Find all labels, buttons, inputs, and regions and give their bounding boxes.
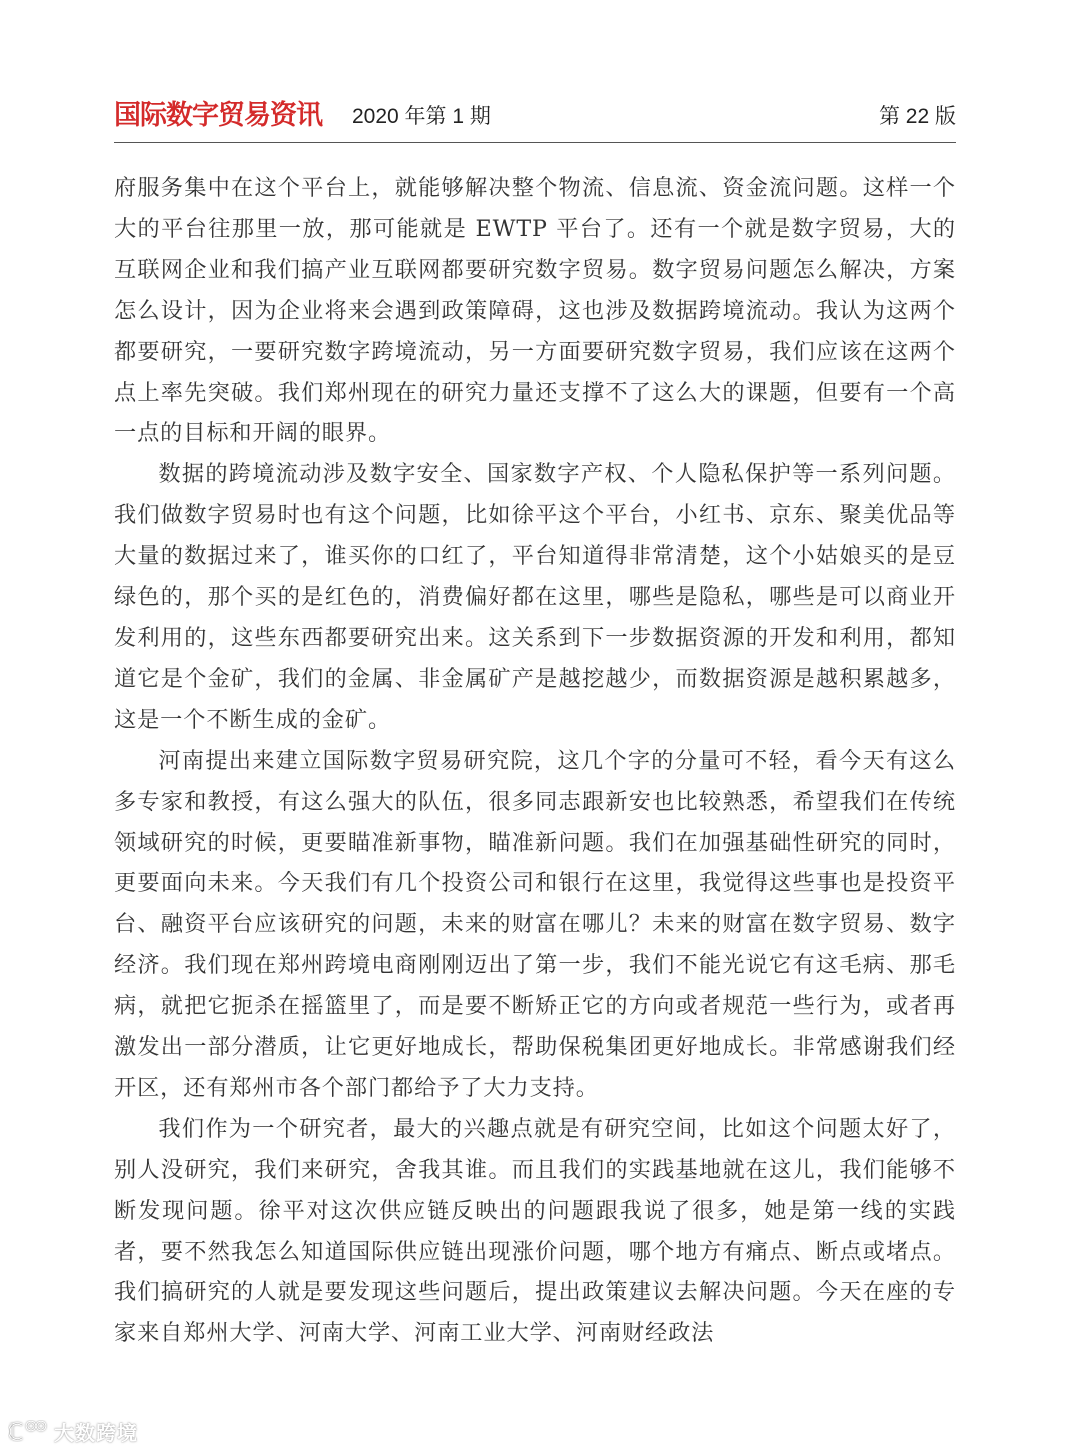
paragraph-1: 府服务集中在这个平台上，就能够解决整个物流、信息流、资金流问题。这样一个大的平台…	[114, 168, 956, 454]
watermark-text: 大数跨境	[54, 1417, 138, 1446]
page-number: 第 22 版	[879, 102, 956, 132]
masthead-title: 国际数字贸易资讯	[114, 98, 322, 134]
article-body: 府服务集中在这个平台上，就能够解决整个物流、信息流、资金流问题。这样一个大的平台…	[114, 168, 956, 1354]
issue-label: 2020 年第 1 期	[352, 102, 491, 132]
paragraph-2: 数据的跨境流动涉及数字安全、国家数字产权、个人隐私保护等一系列问题。我们做数字贸…	[114, 454, 956, 740]
document-page: 国际数字贸易资讯 2020 年第 1 期 第 22 版 府服务集中在这个平台上，…	[0, 0, 1080, 1455]
kjoo-logo-icon	[8, 1420, 48, 1442]
page-header: 国际数字贸易资讯 2020 年第 1 期 第 22 版	[114, 98, 956, 138]
header-divider	[114, 142, 956, 143]
watermark: 大数跨境	[8, 1418, 138, 1444]
paragraph-3: 河南提出来建立国际数字贸易研究院，这几个字的分量可不轻，看今天有这么多专家和教授…	[114, 741, 956, 1109]
paragraph-4: 我们作为一个研究者，最大的兴趣点就是有研究空间，比如这个问题太好了，别人没研究，…	[114, 1109, 956, 1354]
